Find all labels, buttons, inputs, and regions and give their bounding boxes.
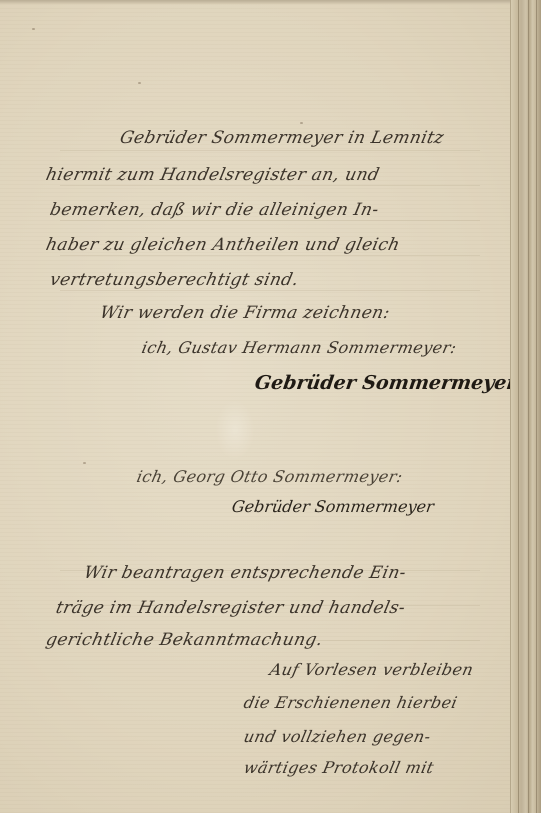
body-line: Gebrüder Sommermeyer in Lemnitz [118, 128, 446, 148]
ruled-line [60, 220, 480, 221]
binding-thread [536, 0, 537, 813]
body-line: gerichtliche Bekanntmachung. [44, 630, 325, 650]
body-line: ich, Gustav Hermann Sommermeyer: [140, 338, 459, 357]
body-line: bemerken, daß wir die alleinigen In- [48, 200, 381, 220]
signature-georg: Gebrüder Sommermeyer [231, 497, 435, 516]
paper-fleck [138, 82, 141, 84]
ruled-line [60, 185, 480, 186]
binding-thread [518, 0, 519, 813]
body-line: vertretungsberechtigt sind. [48, 270, 301, 290]
paper-fleck [300, 122, 303, 124]
paper-fleck [83, 462, 86, 464]
ruled-line [60, 150, 480, 151]
body-line: haber zu gleichen Antheilen und gleich [44, 235, 402, 255]
ruled-line [60, 290, 480, 291]
body-line: hiermit zum Handelsregister an, und [44, 165, 381, 185]
paper-fleck [32, 28, 35, 30]
body-line: die Erschienenen hierbei [242, 693, 459, 712]
body-line: Wir werden die Firma zeichnen: [98, 303, 392, 323]
body-line: wärtiges Protokoll mit [242, 758, 436, 777]
binding-thread [528, 0, 529, 813]
body-line: Wir beantragen entsprechende Ein- [82, 563, 408, 583]
body-line: und vollziehen gegen- [242, 727, 433, 746]
paper-crease [215, 400, 255, 460]
body-line: ich, Georg Otto Sommermeyer: [135, 467, 405, 486]
page-top-edge [0, 0, 541, 4]
body-line: Auf Vorlesen verbleiben [268, 660, 475, 679]
body-line: träge im Handelsregister und handels- [54, 598, 407, 618]
document-page: Gebrüder Sommermeyer in Lemnitz hiermit … [0, 0, 541, 813]
ruled-line [60, 255, 480, 256]
signature-gustav: Gebrüder Sommermeyer [253, 372, 518, 394]
